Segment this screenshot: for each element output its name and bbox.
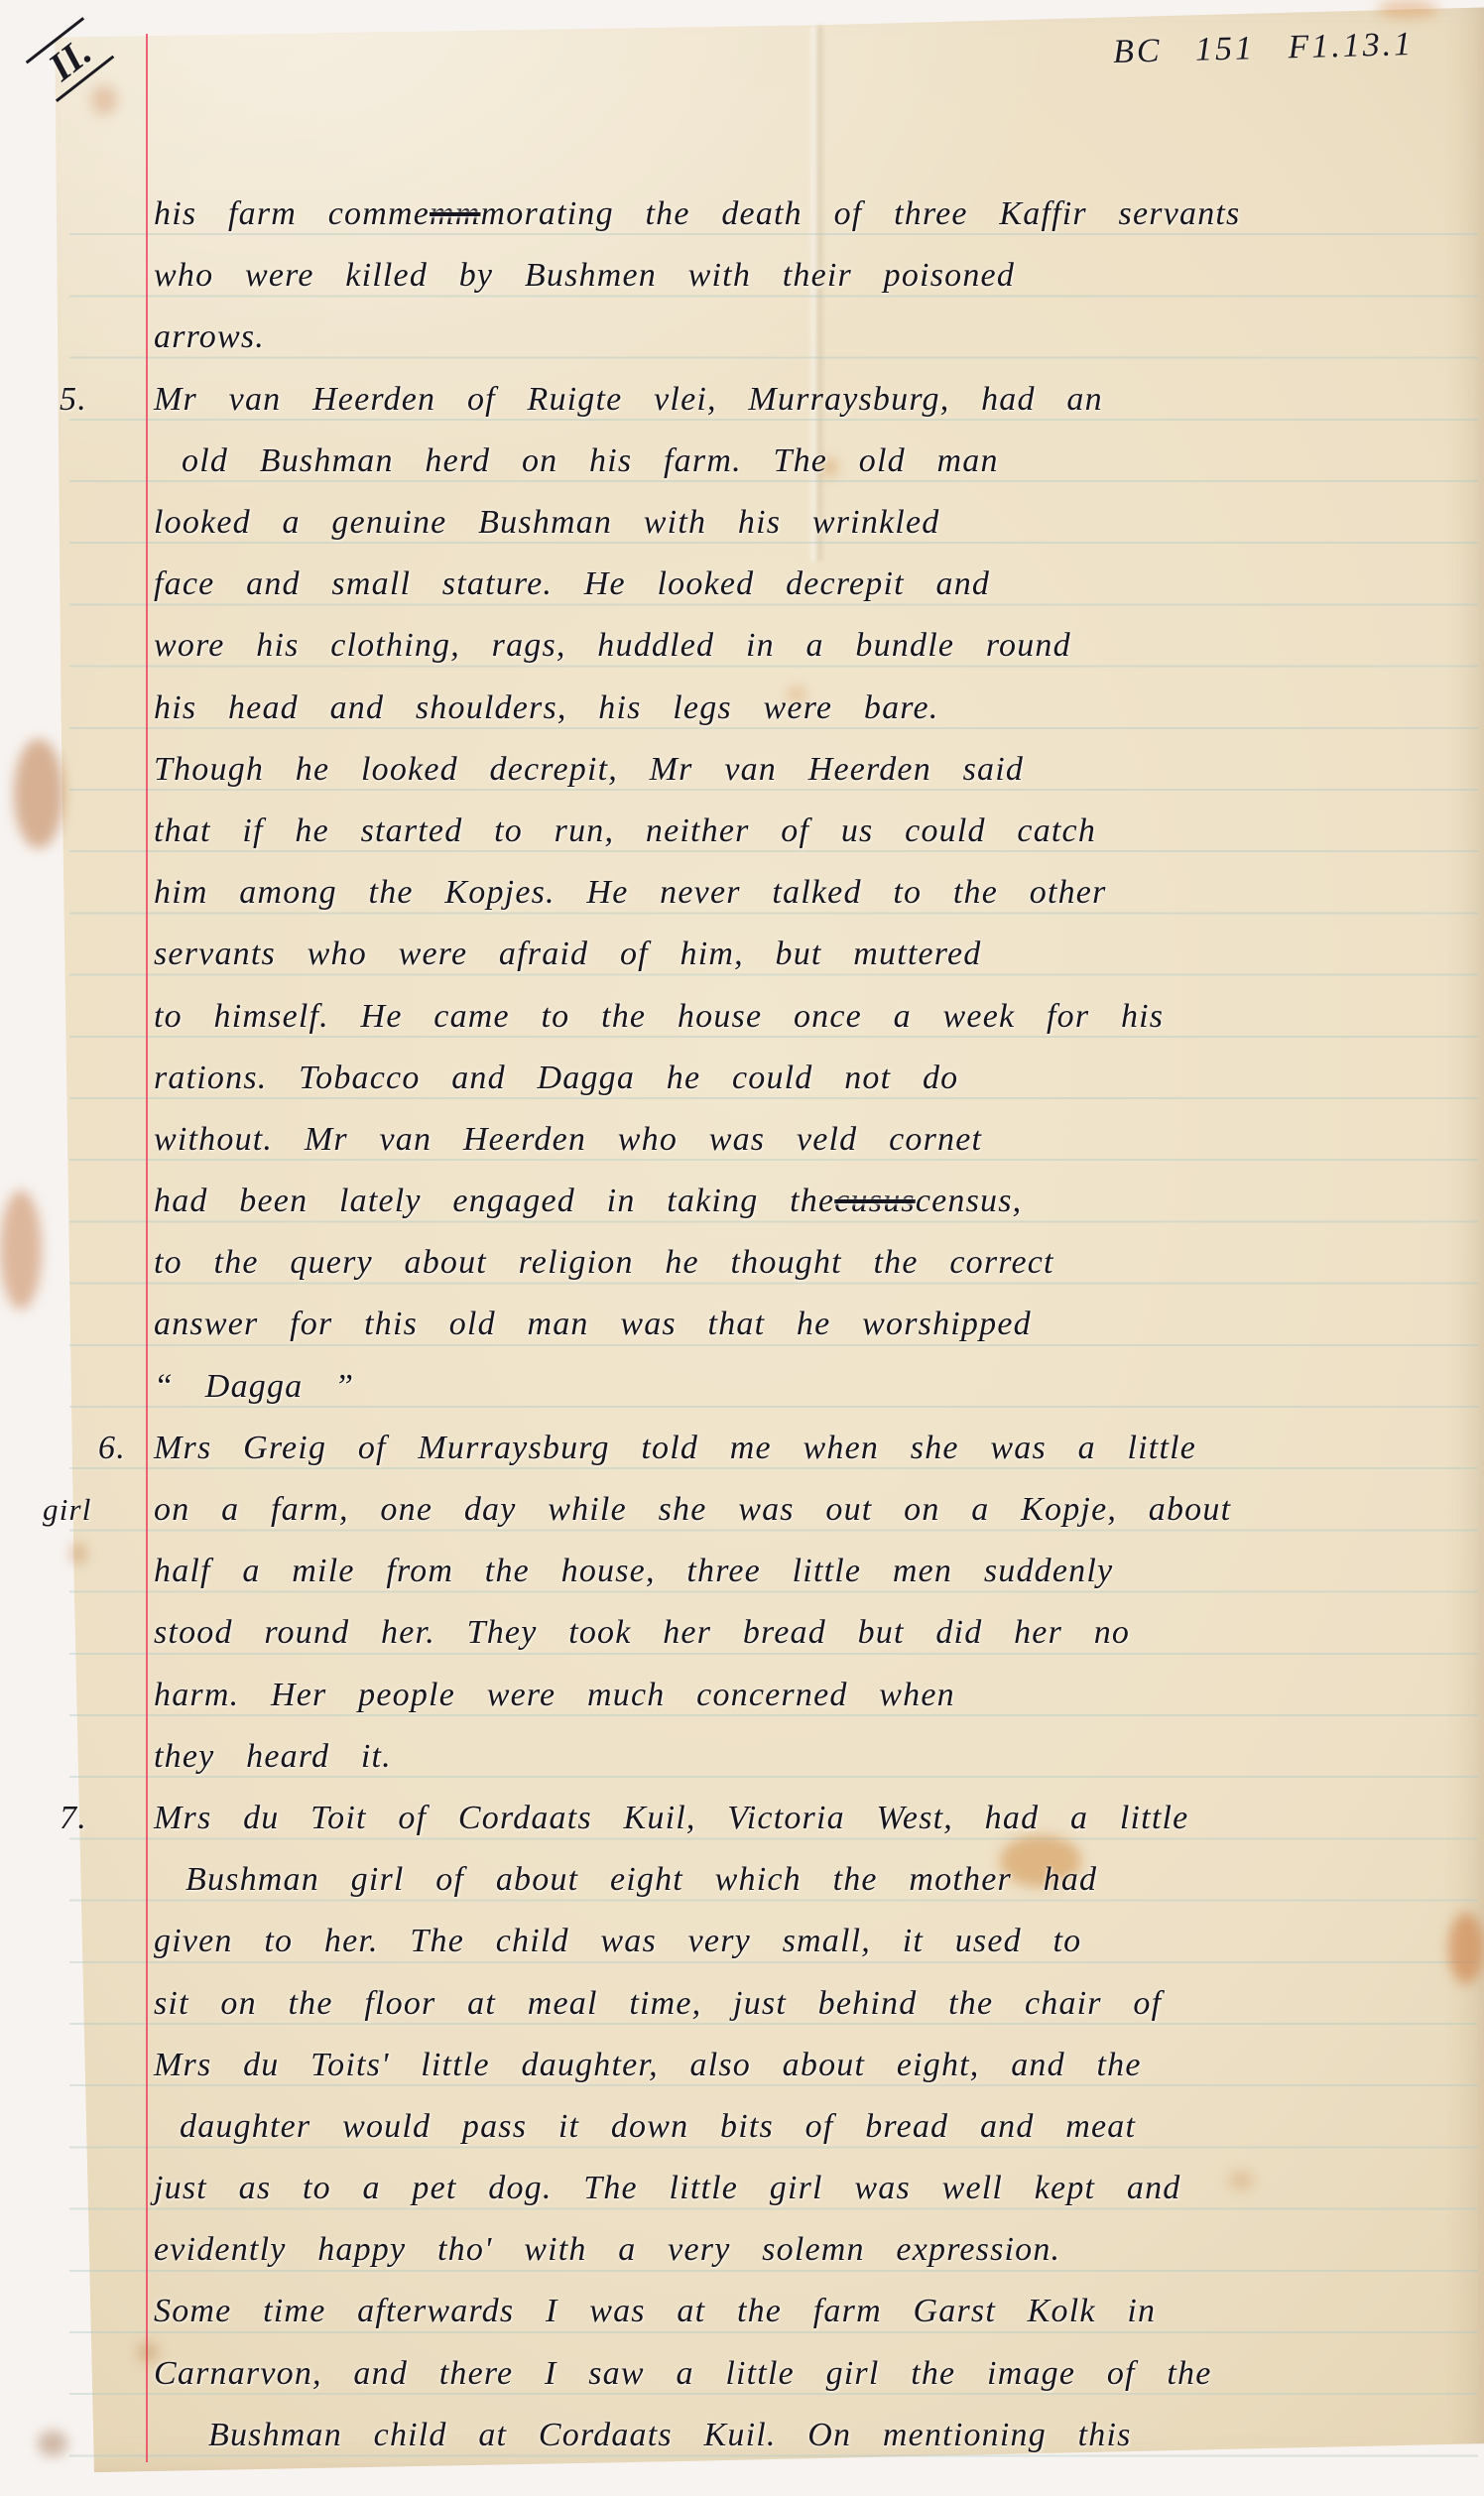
item-number: 5. [60,381,87,419]
struck-text: mm [430,195,481,233]
manuscript-line: his farm commemmmorating the death of th… [154,184,1433,245]
manuscript-line: girlon a farm, one day while she was out… [154,1479,1433,1541]
handwritten-text: daughter would pass it down bits of brea… [180,2108,1136,2146]
handwritten-text: Mrs du Toit of Cordaats Kuil, Victoria W… [154,1800,1188,1837]
handwritten-text: Mr van Heerden of Ruigte vlei, Murraysbu… [154,381,1103,419]
handwritten-text: half a mile from the house, three little… [154,1553,1113,1590]
manuscript-line: daughter would pass it down bits of brea… [154,2096,1433,2158]
manuscript-line: that if he started to run, neither of us… [154,801,1433,862]
handwritten-text: just as to a pet dog. The little girl wa… [154,2170,1180,2207]
handwritten-text: wore his clothing, rags, huddled in a bu… [154,627,1071,665]
handwritten-text: rations. Tobacco and Dagga he could not … [154,1060,958,1097]
handwritten-text: Bushman child at Cordaats Kuil. On menti… [208,2417,1132,2454]
age-stain [1377,0,1438,18]
manuscript-line: “ Dagga ” [154,1356,1433,1418]
handwritten-text: looked a genuine Bushman with his wrinkl… [154,504,939,542]
handwritten-text: Carnarvon, and there I saw a little girl… [154,2355,1212,2393]
handwritten-text: Some time afterwards I was at the farm G… [154,2293,1156,2330]
manuscript-line: wore his clothing, rags, huddled in a bu… [154,615,1433,677]
handwritten-text: had been lately engaged in taking the [154,1183,834,1220]
manuscript-line: Bushman child at Cordaats Kuil. On menti… [154,2405,1433,2466]
handwritten-text: on a farm, one day while she was out on … [154,1491,1231,1529]
age-stain [0,1190,42,1310]
manuscript-line: to the query about religion he thought t… [154,1232,1433,1294]
red-margin-line [146,34,148,2462]
manuscript-line: given to her. The child was very small, … [154,1911,1433,1972]
handwritten-body: his farm commemmmorating the death of th… [154,184,1433,2466]
handwritten-text: to himself. He came to the house once a … [154,998,1164,1036]
handwritten-text: morating the death of three Kaffir serva… [481,195,1241,233]
manuscript-line: stood round her. They took her bread but… [154,1602,1433,1664]
handwritten-text: that if he started to run, neither of us… [154,812,1096,850]
struck-text: cusus [834,1183,916,1220]
handwritten-text: old Bushman herd on his farm. The old ma… [182,442,999,480]
handwritten-text: “ Dagga ” [154,1368,354,1406]
handwritten-text: face and small stature. He looked decrep… [154,565,990,603]
manuscript-line: face and small stature. He looked decrep… [154,554,1433,615]
manuscript-line: answer for this old man was that he wors… [154,1294,1433,1355]
handwritten-text: Mrs du Toits' little daughter, also abou… [154,2047,1142,2084]
manuscript-line: 7.Mrs du Toit of Cordaats Kuil, Victoria… [154,1788,1433,1849]
manuscript-line: without. Mr van Heerden who was veld cor… [154,1109,1433,1171]
manuscript-line: rations. Tobacco and Dagga he could not … [154,1048,1433,1109]
handwritten-text: Mrs Greig of Murraysburg told me when sh… [154,1430,1196,1467]
manuscript-line: Bushman girl of about eight which the mo… [154,1849,1433,1911]
archive-reference-code: BC 151 F1.13.1 [1113,26,1415,71]
handwritten-text: Bushman girl of about eight which the mo… [185,1861,1097,1899]
handwritten-text: without. Mr van Heerden who was veld cor… [154,1121,982,1159]
handwritten-text: who were killed by Bushmen with their po… [154,257,1015,295]
handwritten-text: his farm comme [154,195,430,233]
handwritten-text: to the query about religion he thought t… [154,1244,1054,1282]
margin-note: girl [43,1492,92,1528]
handwritten-text: Though he looked decrepit, Mr van Heerde… [154,751,1024,789]
manuscript-line: harm. Her people were much concerned whe… [154,1665,1433,1726]
handwritten-text: given to her. The child was very small, … [154,1923,1081,1960]
handwritten-text: answer for this old man was that he wors… [154,1306,1032,1343]
age-stain [1448,1913,1484,1984]
manuscript-line: just as to a pet dog. The little girl wa… [154,2158,1433,2219]
manuscript-line: they heard it. [154,1726,1433,1788]
age-stain [14,739,63,848]
manuscript-line: Though he looked decrepit, Mr van Heerde… [154,739,1433,801]
document-scan: II. BC 151 F1.13.1 his farm commemmmorat… [0,0,1484,2496]
handwritten-text: evidently happy tho' with a very solemn … [154,2231,1060,2269]
manuscript-line: evidently happy tho' with a very solemn … [154,2219,1433,2281]
manuscript-line: Mrs du Toits' little daughter, also abou… [154,2035,1433,2096]
age-stain [38,2431,67,2456]
handwritten-text: arrows. [154,318,265,356]
manuscript-line: 5.Mr van Heerden of Ruigte vlei, Murrays… [154,369,1433,431]
age-stain [91,85,117,115]
manuscript-line: half a mile from the house, three little… [154,1541,1433,1602]
handwritten-text: harm. Her people were much concerned whe… [154,1677,955,1714]
manuscript-line: looked a genuine Bushman with his wrinkl… [154,492,1433,554]
manuscript-line: had been lately engaged in taking the cu… [154,1171,1433,1232]
manuscript-line: 6.Mrs Greig of Murraysburg told me when … [154,1418,1433,1479]
manuscript-line: sit on the floor at meal time, just behi… [154,1972,1433,2034]
manuscript-line: old Bushman herd on his farm. The old ma… [154,431,1433,492]
handwritten-text: him among the Kopjes. He never talked to… [154,874,1107,912]
manuscript-line: servants who were afraid of him, but mut… [154,924,1433,985]
handwritten-text: servants who were afraid of him, but mut… [154,936,981,973]
item-number: 6. [98,1430,126,1467]
handwritten-text: they heard it. [154,1738,392,1776]
manuscript-line: Some time afterwards I was at the farm G… [154,2281,1433,2342]
manuscript-line: him among the Kopjes. He never talked to… [154,862,1433,924]
handwritten-text: sit on the floor at meal time, just behi… [154,1985,1162,2023]
handwritten-text: census, [916,1183,1023,1220]
manuscript-line: to himself. He came to the house once a … [154,985,1433,1047]
manuscript-line: his head and shoulders, his legs were ba… [154,678,1433,739]
handwritten-text: his head and shoulders, his legs were ba… [154,689,938,727]
age-stain [69,1543,87,1564]
item-number: 7. [60,1800,87,1837]
manuscript-line: Carnarvon, and there I saw a little girl… [154,2343,1433,2405]
manuscript-line: who were killed by Bushmen with their po… [154,245,1433,307]
manuscript-line: arrows. [154,307,1433,368]
handwritten-text: stood round her. They took her bread but… [154,1614,1130,1652]
